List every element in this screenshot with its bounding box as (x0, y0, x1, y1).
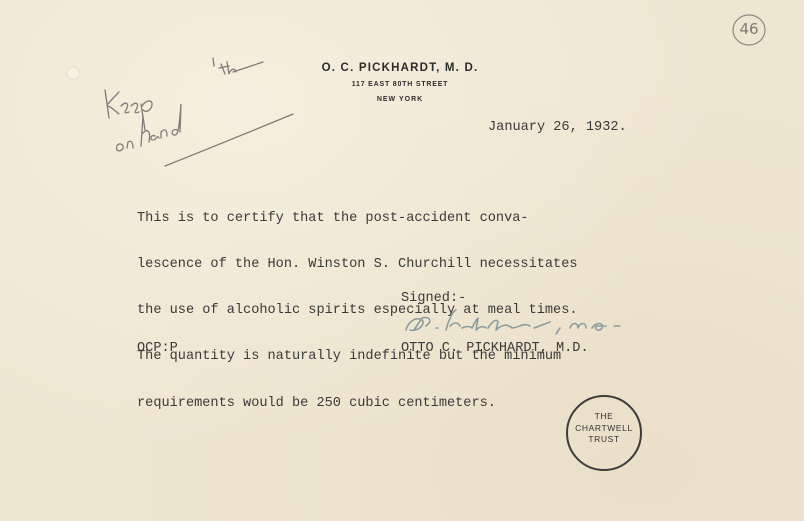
stamp-line: CHARTWELL (568, 423, 640, 435)
pencil-annotation: Keep on hand (95, 50, 315, 170)
letter-date: January 26, 1932. (488, 120, 627, 135)
punch-hole (66, 66, 80, 80)
signature-icon (400, 308, 660, 338)
body-line: requirements would be 250 cubic centimet… (137, 396, 578, 411)
letterhead-street: 117 EAST 80TH STREET (300, 81, 500, 88)
handwritten-signature: O.C. Pickhardt, M.D. (400, 308, 660, 338)
page-number-text: 46 (731, 20, 767, 38)
stamp-line: TRUST (568, 434, 640, 446)
letterhead: O. C. PICKHARDT, M. D. 117 EAST 80TH STR… (300, 62, 500, 103)
body-line: lescence of the Hon. Winston S. Churchil… (137, 257, 578, 272)
reference-initials: OCP:P (137, 341, 178, 356)
chartwell-trust-stamp: THE CHARTWELL TRUST (566, 395, 642, 471)
signer-name: OTTO C. PICKHARDT, M.D. (401, 341, 589, 356)
stamp-line: THE (568, 411, 640, 423)
letterhead-city: NEW YORK (300, 96, 500, 103)
letterhead-name: O. C. PICKHARDT, M. D. (300, 62, 500, 74)
letter-body: This is to certify that the post-acciden… (137, 180, 578, 427)
handwritten-keep-on-hand-icon (95, 50, 315, 170)
body-line: This is to certify that the post-acciden… (137, 211, 578, 226)
signed-label: Signed:- (401, 291, 466, 306)
page-number-annotation: 46 (731, 13, 767, 47)
